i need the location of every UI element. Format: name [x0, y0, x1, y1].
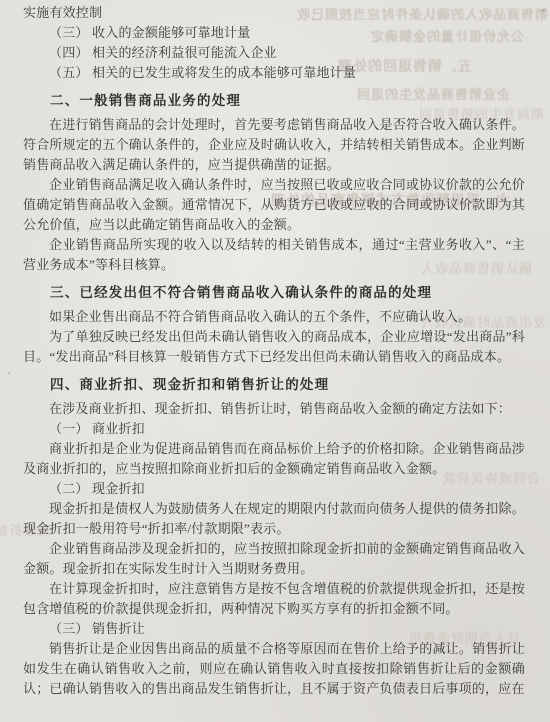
paragraph: 企业销售商品所实现的收入以及结转的相关销售成本，通过“主营业务收入”、“主营业务…	[23, 235, 525, 275]
scanned-book-page: 销售商品收入的确认条件时应当按照已收公允价值计量的金额确定五、销售退回的处理企业…	[0, 0, 550, 722]
list-item: （五） 相关的已发生或将发生的成本能够可靠地计量	[23, 63, 525, 83]
paragraph: （三） 销售折让	[23, 619, 525, 639]
paragraph: 在涉及商业折扣、现金折扣、销售折让时，销售商品收入金额的确定方法如下：	[23, 399, 525, 419]
paragraph: 在计算现金折扣时，应注意销售方是按不包含增值税的价款提供现金折扣，还是按包含增值…	[23, 579, 525, 619]
section-heading: 二、一般销售商品业务的处理	[23, 91, 525, 111]
paragraph: 现金折扣是债权人为鼓励债务人在规定的期限内付款而向债务人提供的债务扣除。现金折扣…	[23, 499, 525, 539]
paragraph: 企业销售商品满足收入确认条件时，应当按照已收或应收合同或协议价款的公允价值确定销…	[23, 175, 525, 235]
continued-paragraph: 实施有效控制	[23, 3, 525, 23]
page-text: 实施有效控制（三） 收入的金额能够可靠地计量（四） 相关的经济利益很可能流入企业…	[23, 3, 525, 699]
paragraph: 在进行销售商品的会计处理时，首先要考虑销售商品收入是否符合收入确认条件。符合所规…	[23, 115, 525, 175]
scan-speck	[8, 372, 10, 374]
paragraph: 如果企业售出商品不符合销售商品收入确认的五个条件，不应确认收入。	[23, 307, 525, 327]
list-item: （四） 相关的经济利益很可能流入企业	[23, 43, 525, 63]
paragraph: 商业折扣是企业为促进商品销售而在商品标价上给予的价格扣除。企业销售商品涉及商业折…	[23, 439, 525, 479]
paragraph: 销售折让是企业因售出商品的质量不合格等原因而在售价上给予的减让。销售折让如发生在…	[23, 639, 525, 699]
paragraph: 为了单独反映已经发出但尚未确认销售收入的商品成本，企业应增设“发出商品”科目。“…	[23, 327, 525, 367]
paragraph: 企业销售商品涉及现金折扣的，应当按照扣除现金折扣前的金额确定销售商品收入金额。现…	[23, 539, 525, 579]
paragraph: （二） 现金折扣	[23, 479, 525, 499]
section-heading: 四、商业折扣、现金折扣和销售折让的处理	[23, 375, 525, 395]
paragraph: （一） 商业折扣	[23, 419, 525, 439]
scan-speck	[542, 9, 545, 12]
list-item: （三） 收入的金额能够可靠地计量	[23, 23, 525, 43]
section-heading: 三、已经发出但不符合销售商品收入确认条件的商品的处理	[23, 283, 525, 303]
